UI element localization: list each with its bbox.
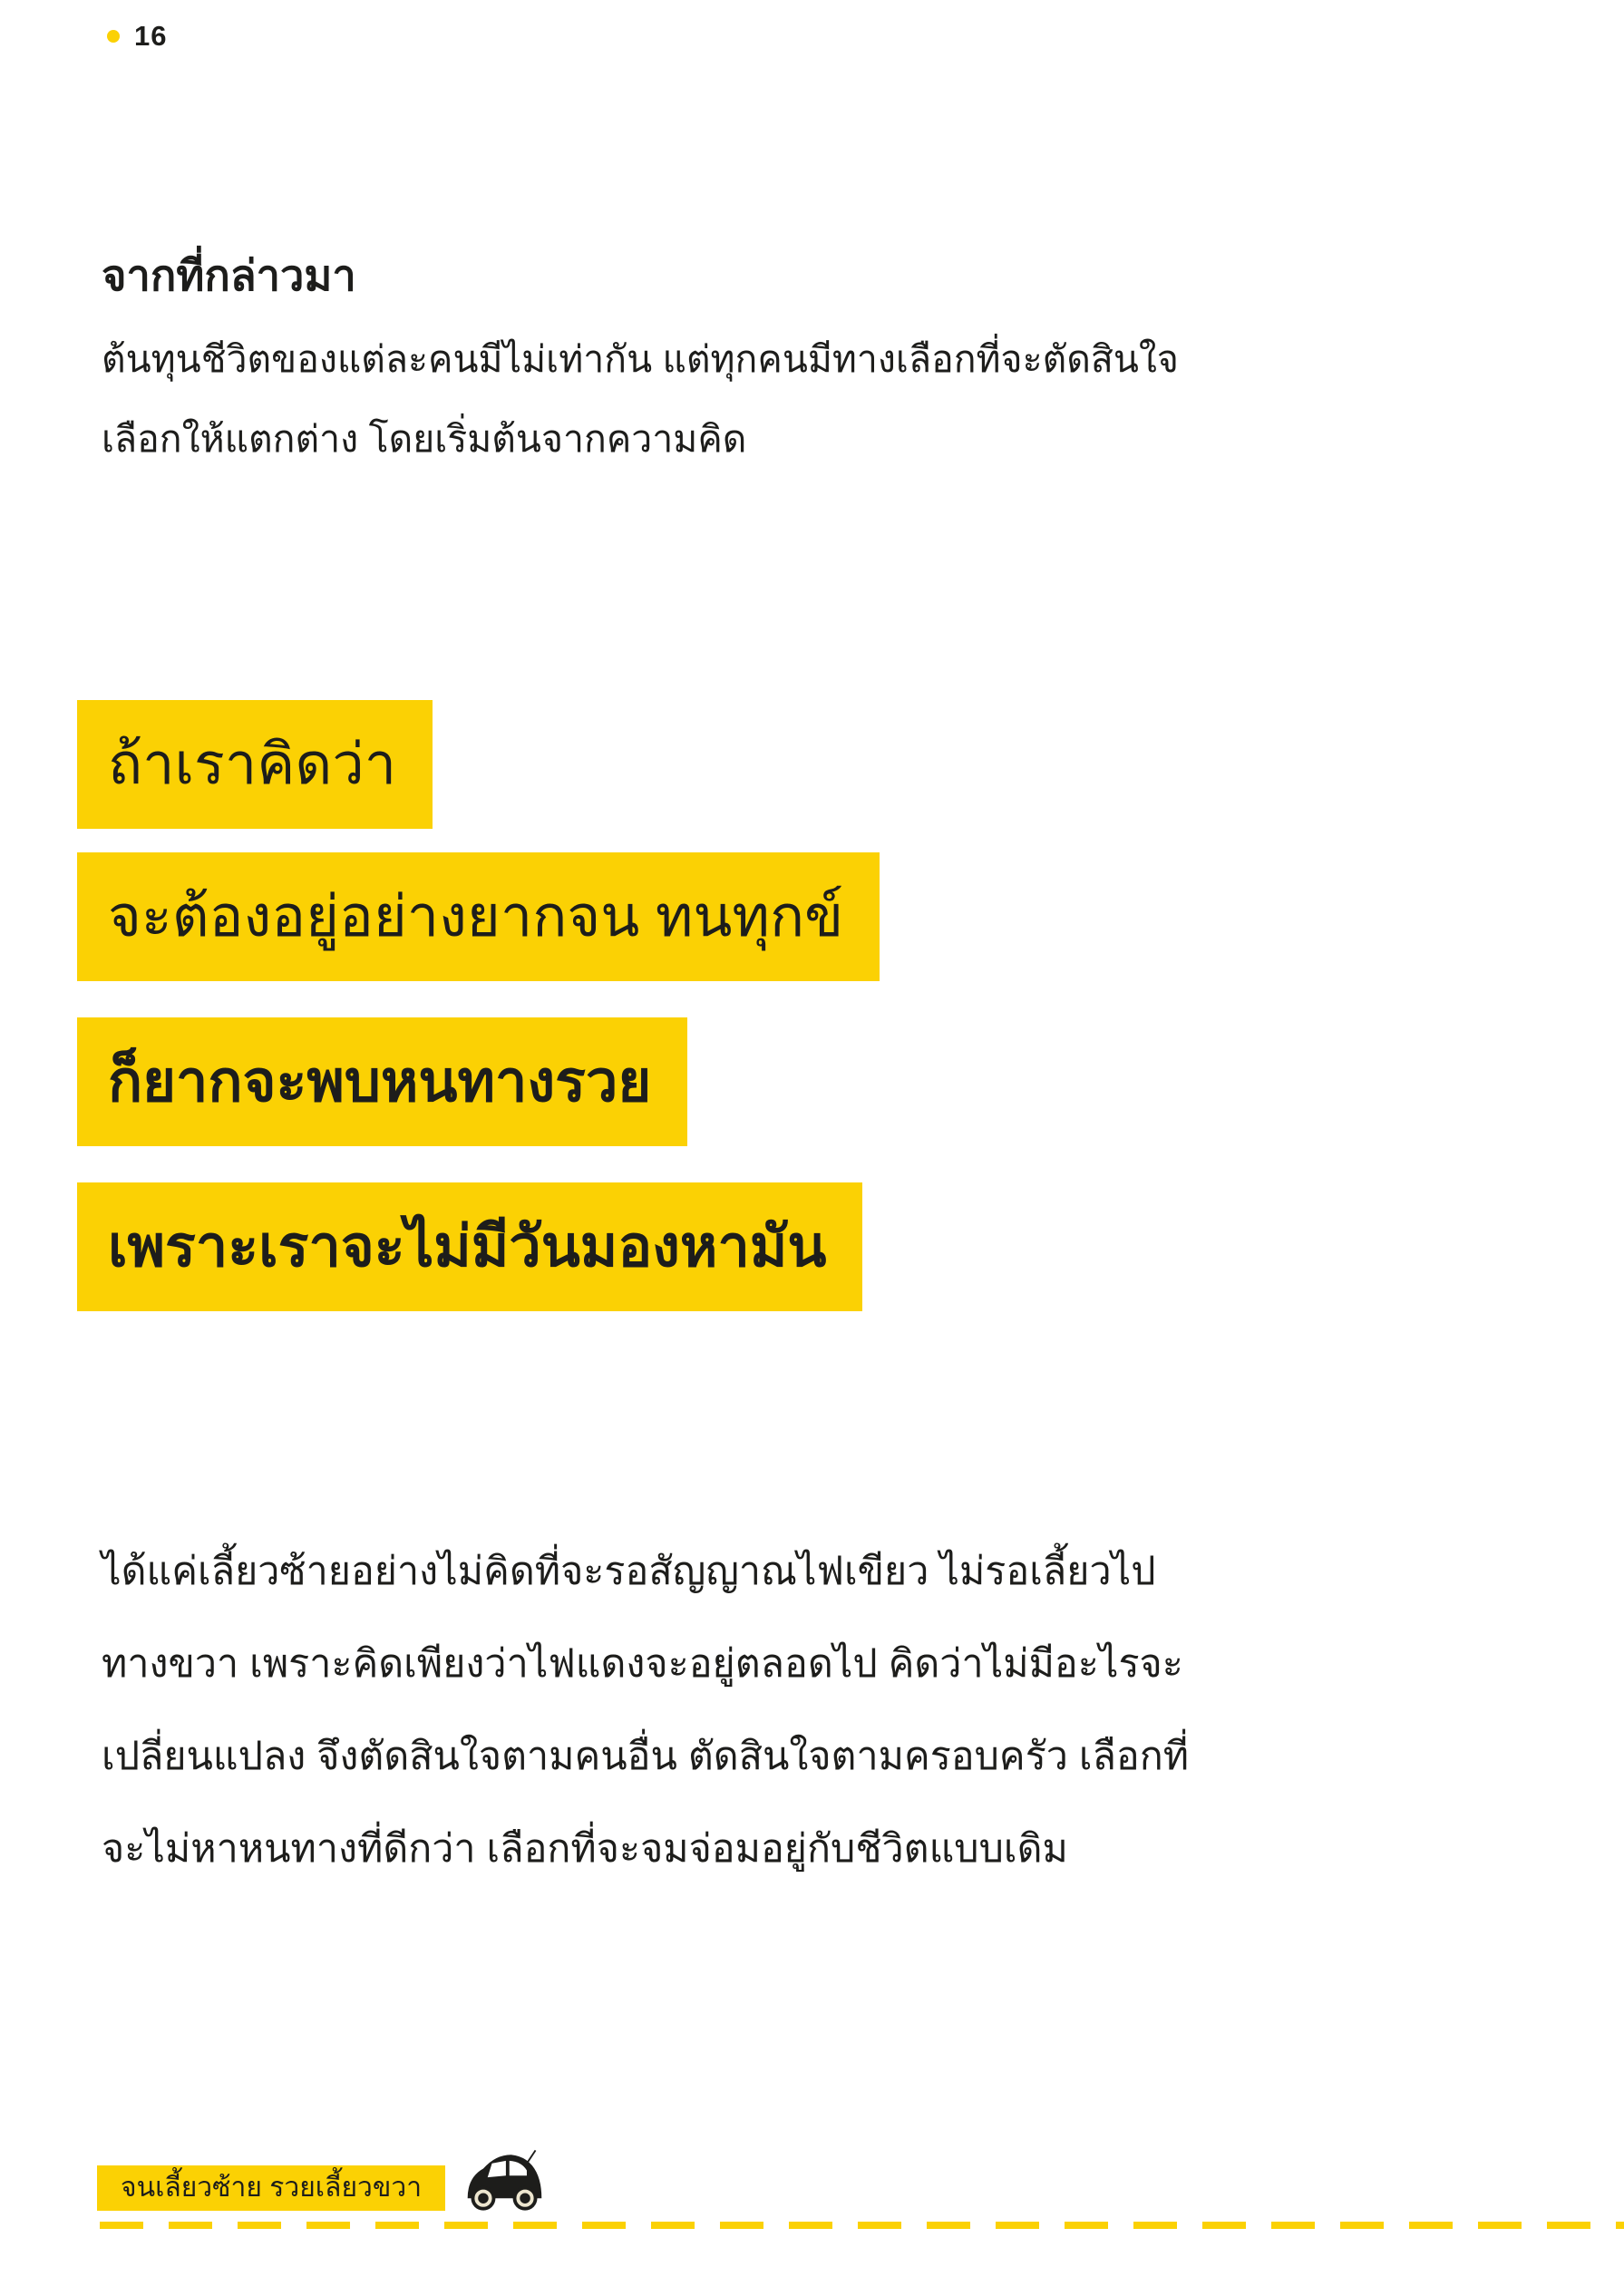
body-line: จะไม่หาหนทางที่ดีกว่า เลือกที่จะจมจ่อมอย…	[102, 1803, 1335, 1895]
intro-line: ต้นทุนชีวิตของแต่ละคนมีไม่เท่ากัน แต่ทุก…	[102, 319, 1371, 399]
highlight-line-2: จะต้องอยู่อย่างยากจน ทนทุกข์	[77, 852, 880, 981]
body-line: ได้แค่เลี้ยวซ้ายอย่างไม่คิดที่จะรอสัญญาณ…	[102, 1525, 1335, 1618]
body-paragraph: ได้แค่เลี้ยวซ้ายอย่างไม่คิดที่จะรอสัญญาณ…	[102, 1525, 1335, 1895]
section-heading: จากที่กล่าวมา	[102, 248, 356, 303]
body-line: เปลี่ยนแปลง จึงตัดสินใจตามคนอื่น ตัดสินใ…	[102, 1710, 1335, 1803]
highlight-line-4: เพราะเราจะไม่มีวันมองหามัน	[77, 1182, 862, 1311]
dashed-road-line	[100, 2222, 1624, 2229]
footer-book-title: จนเลี้ยวซ้าย รวยเลี้ยวขวา	[97, 2165, 445, 2211]
intro-line: เลือกให้แตกต่าง โดยเริ่มต้นจากความคิด	[102, 399, 1371, 479]
page-number-row: 16	[107, 20, 167, 53]
intro-paragraph: ต้นทุนชีวิตของแต่ละคนมีไม่เท่ากัน แต่ทุก…	[102, 319, 1371, 479]
highlight-line-3: ก็ยากจะพบหนทางรวย	[77, 1017, 687, 1146]
highlight-line-1: ถ้าเราคิดว่า	[77, 700, 433, 829]
body-line: ทางขวา เพราะคิดเพียงว่าไฟแดงจะอยู่ตลอดไป…	[102, 1618, 1335, 1710]
page-number: 16	[134, 20, 167, 53]
beetle-car-icon	[461, 2144, 548, 2218]
highlight-quotes: ถ้าเราคิดว่า จะต้องอยู่อย่างยากจน ทนทุกข…	[77, 700, 880, 1311]
bullet-dot-icon	[107, 30, 120, 43]
